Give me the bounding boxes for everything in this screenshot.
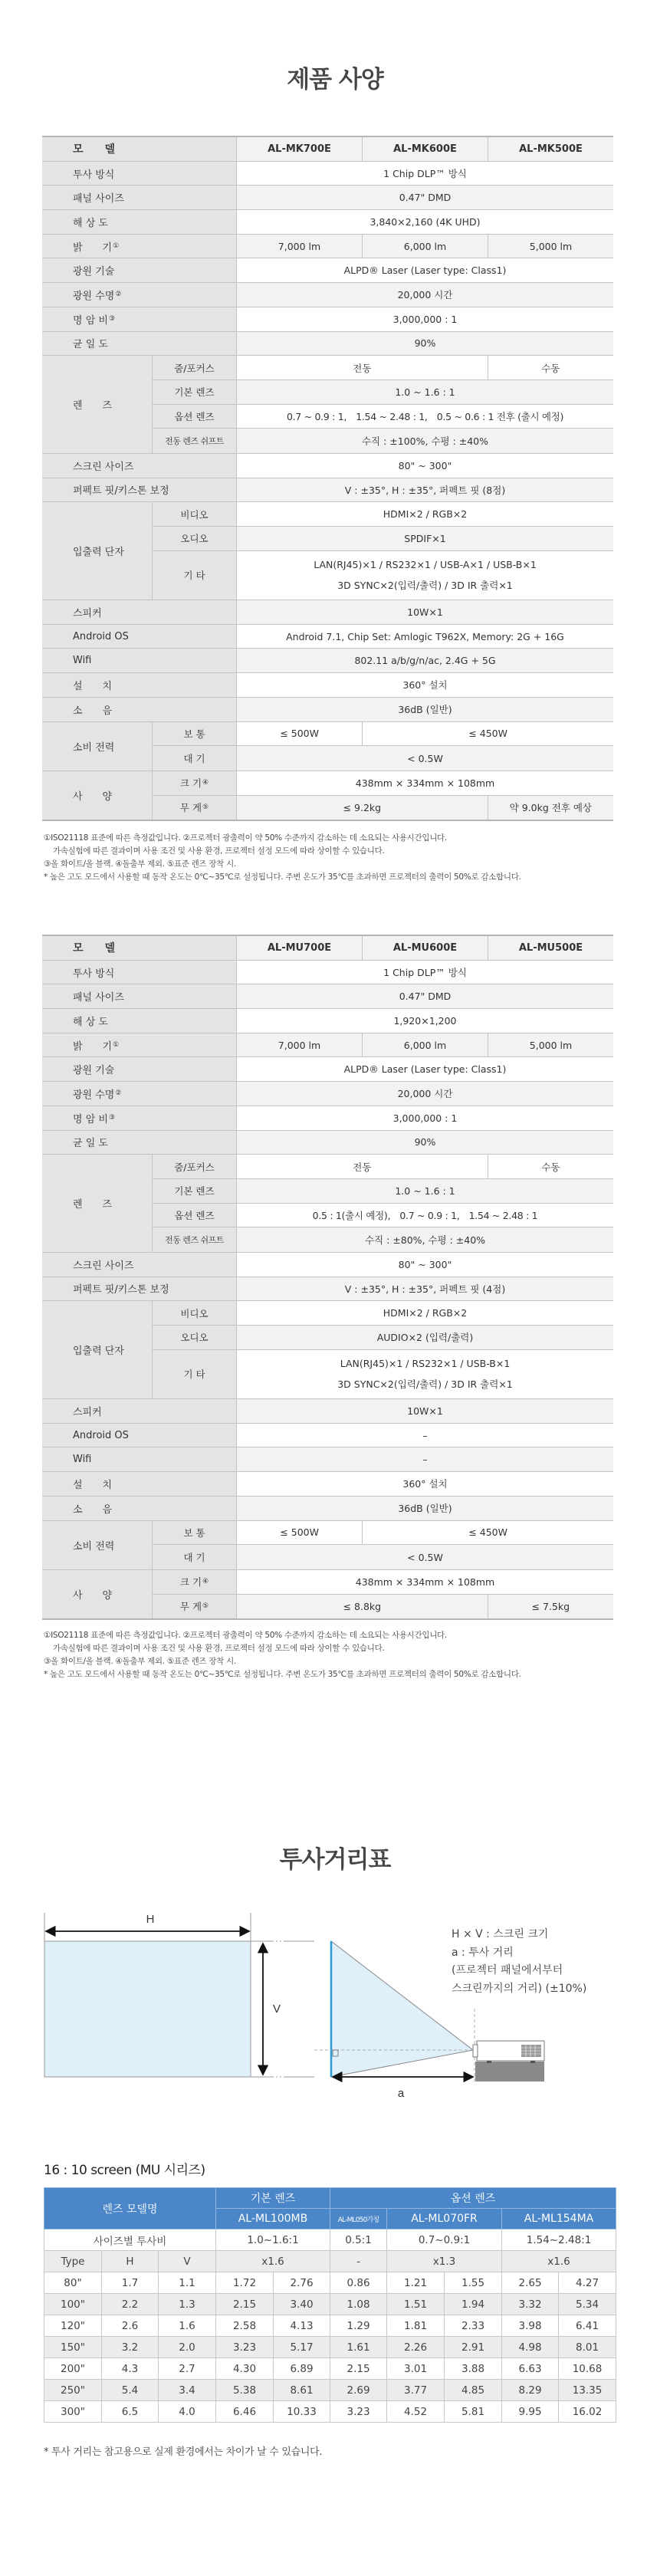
spec-value: 20,000 시간 bbox=[237, 1082, 613, 1106]
throw-value: 6.41 bbox=[559, 2315, 616, 2337]
throw-value: 5.81 bbox=[445, 2401, 502, 2423]
throw-value: 2.6 bbox=[102, 2315, 159, 2337]
spec-cell: 10W×1 bbox=[237, 600, 613, 624]
spec-label: 대 기 bbox=[153, 746, 237, 770]
throw-row: 100"2.21.32.153.401.081.511.943.325.34 bbox=[44, 2294, 616, 2315]
spec-cell: 20,000 시간 bbox=[237, 283, 613, 307]
spec-value: 20,000 시간 bbox=[237, 283, 613, 307]
throw-value: 2.76 bbox=[274, 2272, 330, 2294]
throw-title: 투사거리표 bbox=[0, 1840, 670, 1875]
screen-type: 100" bbox=[44, 2294, 102, 2315]
spec-label: 무 게⑤ bbox=[153, 1595, 237, 1619]
spec-cell: 3D SYNC×2(입력/출력) / 3D IR 출력×1 bbox=[337, 578, 513, 592]
spec-cell: AL-MU700E AL-MU600E AL-MU500E bbox=[237, 936, 613, 960]
spec-label: 기본 렌즈 bbox=[153, 1179, 237, 1203]
footnote: ③올 화이트/올 블랙. ④돌출부 제외. ⑤표준 렌즈 장착 시. bbox=[44, 858, 626, 871]
screen-type: 80" bbox=[44, 2272, 102, 2294]
spec-label: 줌/포커스 bbox=[153, 1155, 237, 1178]
spec-value: ≤ 450W bbox=[363, 722, 613, 746]
spec-cell: 크 기④438mm × 334mm × 108mm 무 게⑤≤ 8.8kg≤ 7… bbox=[153, 1570, 613, 1618]
spec-label: 입출력 단자 bbox=[42, 502, 153, 600]
spec-cell: 보 통≤ 500W≤ 450W 대 기< 0.5W bbox=[153, 1521, 613, 1569]
lens-group: 렌 즈 줌/포커스전동수동 기본 렌즈1.0 ~ 1.6 : 1 옵션 렌즈0.… bbox=[42, 1155, 613, 1253]
spec-cell: 360° 설치 bbox=[237, 673, 613, 697]
spec-cell: 크 기 bbox=[180, 776, 202, 790]
physical-group: 사 양 크 기④438mm × 334mm × 108mm 무 게⑤≤ 8.8k… bbox=[42, 1570, 613, 1618]
install-row: 설 치360° 설치 bbox=[42, 673, 613, 698]
spec-label: 패널 사이즈 bbox=[42, 984, 237, 1008]
uniformity-row: 균 일 도90% bbox=[42, 332, 613, 356]
resolution-row: 해 상 도1,920×1,200 bbox=[42, 1009, 613, 1033]
option-lens-header: 옵션 렌즈 bbox=[330, 2188, 616, 2209]
spec-cell: 802.11 a/b/g/n/ac, 2.4G + 5G bbox=[237, 649, 613, 672]
spec-label: 명 암 비③ bbox=[42, 1106, 237, 1130]
life-row: 광원 수명②20,000 시간 bbox=[42, 283, 613, 307]
lens-model: AL-ML154MA bbox=[502, 2209, 616, 2229]
spec-cell: LAN(RJ45)×1 / RS232×1 / USB-B×1 bbox=[340, 1358, 511, 1369]
spec-value: 360° 설치 bbox=[237, 673, 613, 697]
lens-model: AL-ML100MB bbox=[216, 2209, 330, 2229]
zoom-factor: x1.6 bbox=[216, 2251, 330, 2272]
spec-label: 스피커 bbox=[42, 600, 237, 624]
spec-cell: 보 통≤ 500W≤ 450W bbox=[153, 1521, 613, 1546]
spec-cell: V : ±35°, H : ±35°, 퍼펙트 핏 (4점) bbox=[237, 1277, 613, 1301]
wifi-row: Wifi802.11 a/b/g/n/ac, 2.4G + 5G bbox=[42, 649, 613, 673]
spec-cell: 무 게 bbox=[180, 800, 202, 814]
screen-rect bbox=[44, 1941, 251, 2077]
spec-cell: 크 기④438mm × 334mm × 108mm 무 게⑤≤ 9.2kg약 9… bbox=[153, 771, 613, 820]
spec-value: LAN(RJ45)×1 / RS232×1 / USB-A×1 / USB-B×… bbox=[237, 551, 613, 600]
model-row: 모 델 AL-MU700E AL-MU600E AL-MU500E bbox=[42, 936, 613, 961]
spec-cell: – bbox=[237, 1447, 613, 1471]
spec-cell: 옵션 렌즈0.7 ~ 0.9 : 1, 1.54 ~ 2.48 : 1, 0.5… bbox=[153, 405, 613, 429]
spec-cell: AUDIO×2 (입력/출력) bbox=[237, 1326, 613, 1349]
throw-value: 1.08 bbox=[330, 2294, 387, 2315]
spec-cell: V : ±35°, H : ±35°, 퍼펙트 핏 (8점) bbox=[237, 478, 613, 502]
panel-row: 패널 사이즈0.47" DMD bbox=[42, 984, 613, 1009]
spec-value: 전동 bbox=[237, 1155, 488, 1178]
physical-group: 사 양 크 기④438mm × 334mm × 108mm 무 게⑤≤ 9.2k… bbox=[42, 771, 613, 820]
spec-cell: 명 암 비 bbox=[73, 312, 108, 327]
model-name: AL-MK700E bbox=[237, 137, 363, 161]
spec-cell: 줌/포커스전동수동 bbox=[153, 1155, 613, 1179]
spec-value: 1 Chip DLP™ 방식 bbox=[237, 961, 613, 984]
throw-value: 1.61 bbox=[330, 2337, 387, 2358]
spec-cell: HDMI×2 / RGB×2 bbox=[237, 502, 613, 526]
spec-label: Wifi bbox=[42, 1447, 237, 1471]
throw-value: 3.77 bbox=[387, 2380, 445, 2401]
spec-label: Android OS bbox=[42, 625, 237, 649]
model-label: 모 델 bbox=[42, 936, 237, 960]
throw-value: 2.2 bbox=[102, 2294, 159, 2315]
throw-value: 3.01 bbox=[387, 2358, 445, 2380]
spec-cell: 3,000,000 : 1 bbox=[237, 307, 613, 331]
spec-cell: 수직 : ±100%, 수평 : ±40% bbox=[237, 429, 613, 453]
spec-value: < 0.5W bbox=[237, 746, 613, 770]
model-name: AL-MU700E bbox=[237, 936, 363, 960]
throw-value: 9.95 bbox=[502, 2401, 559, 2423]
spec-cell: 1.0 ~ 1.6 : 1 bbox=[237, 1179, 613, 1203]
spec-cell: 80" ~ 300" bbox=[237, 454, 613, 478]
throw-value: 1.29 bbox=[330, 2315, 387, 2337]
lens-model: AL-ML070FR bbox=[387, 2209, 502, 2229]
spec-cell: ≤ 500W≤ 450W bbox=[237, 722, 613, 746]
spec-value: 90% bbox=[237, 1131, 613, 1155]
spec-cell: 전동 렌즈 쉬프트수직 : ±100%, 수평 : ±40% bbox=[153, 429, 613, 453]
spec-label: 입출력 단자 bbox=[42, 1301, 153, 1398]
spec-label: 렌 즈 bbox=[42, 356, 153, 453]
spec-cell: 명 암 비 bbox=[73, 1111, 108, 1125]
spec-label: 해 상 도 bbox=[42, 1009, 237, 1033]
throw-value: 10.33 bbox=[274, 2401, 330, 2423]
throw-value: 3.88 bbox=[445, 2358, 502, 2380]
spec-value: 36dB (일반) bbox=[237, 1497, 613, 1520]
spec-value: 1,920×1,200 bbox=[237, 1009, 613, 1033]
spec-cell: 비디오HDMI×2 / RGB×2 bbox=[153, 1301, 613, 1326]
spec-cell: 줌/포커스전동수동 bbox=[153, 356, 613, 380]
spec-label: 퍼펙트 핏/키스톤 보정 bbox=[42, 1277, 237, 1301]
spec-value: – bbox=[237, 1424, 613, 1447]
spec-cell: 360° 설치 bbox=[237, 1472, 613, 1496]
spec-cell: 80" ~ 300" bbox=[237, 1253, 613, 1276]
spec-cell: 오디오AUDIO×2 (입력/출력) bbox=[153, 1326, 613, 1350]
panel-row: 패널 사이즈0.47" DMD bbox=[42, 186, 613, 210]
spec-value: – bbox=[237, 1447, 613, 1471]
spec-cell: 보 통≤ 500W≤ 450W 대 기< 0.5W bbox=[153, 722, 613, 770]
model-name: AL-MK600E bbox=[363, 137, 488, 161]
spec-cell: 0.47" DMD bbox=[237, 984, 613, 1008]
mk-footnotes: ①ISO21118 표준에 따른 측정값입니다. ②프로젝터 광출력이 약 50… bbox=[44, 832, 626, 884]
spec-value: 1.0 ~ 1.6 : 1 bbox=[237, 380, 613, 404]
spec-value: 438mm × 334mm × 108mm bbox=[237, 1570, 613, 1594]
throw-value: 3.23 bbox=[216, 2337, 274, 2358]
spec-label: 렌 즈 bbox=[42, 1155, 153, 1252]
footnote: 가속실험에 따른 결과이며 사용 조건 및 사용 환경, 프로젝터 설정 모드에… bbox=[44, 845, 626, 858]
spec-cell: 광원 수명 bbox=[73, 287, 114, 302]
throw-row: 300"6.54.06.4610.333.234.525.819.9516.02 bbox=[44, 2401, 616, 2423]
spec-cell: 기 타LAN(RJ45)×1 / RS232×1 / USB-A×1 / USB… bbox=[153, 551, 613, 600]
ratio: 1.0~1.6:1 bbox=[216, 2229, 330, 2251]
throw-value: 10.68 bbox=[559, 2358, 616, 2380]
throw-value: 4.52 bbox=[387, 2401, 445, 2423]
spec-label: 광원 수명② bbox=[42, 1082, 237, 1106]
spec-label: 오디오 bbox=[153, 1326, 237, 1349]
footnote-marker: ⑤ bbox=[202, 803, 209, 811]
model-row: 모 델 AL-MK700E AL-MK600E AL-MK500E bbox=[42, 137, 613, 162]
projection-row: 투사 방식1 Chip DLP™ 방식 bbox=[42, 162, 613, 186]
throw-value: 4.27 bbox=[559, 2272, 616, 2294]
spec-value: HDMI×2 / RGB×2 bbox=[237, 1301, 613, 1325]
footnote-marker: ② bbox=[115, 291, 121, 298]
throw-value: 2.91 bbox=[445, 2337, 502, 2358]
footnote: ①ISO21118 표준에 따른 측정값입니다. ②프로젝터 광출력이 약 50… bbox=[44, 1629, 626, 1642]
contrast-row: 명 암 비③3,000,000 : 1 bbox=[42, 307, 613, 332]
io-group: 입출력 단자 비디오HDMI×2 / RGB×2 오디오SPDIF×1 기 타L… bbox=[42, 502, 613, 600]
spec-value: 0.47" DMD bbox=[237, 984, 613, 1008]
spec-value: 10W×1 bbox=[237, 1399, 613, 1423]
spec-cell: 무 게⑤≤ 8.8kg≤ 7.5kg bbox=[153, 1595, 613, 1619]
spec-value: ≤ 7.5kg bbox=[488, 1595, 613, 1619]
footnote: * 높은 고도 모드에서 사용할 때 동작 온도는 0℃~35℃로 설정됩니다.… bbox=[44, 871, 626, 884]
android-row: Android OSAndroid 7.1, Chip Set: Amlogic… bbox=[42, 625, 613, 649]
spec-cell: ≤ 500W≤ 450W bbox=[237, 1521, 613, 1545]
spec-cell: 36dB (일반) bbox=[237, 1497, 613, 1520]
spec-value: V : ±35°, H : ±35°, 퍼펙트 핏 (8점) bbox=[237, 478, 613, 502]
h-label: H bbox=[146, 1913, 155, 1926]
spec-cell: < 0.5W bbox=[237, 1545, 613, 1569]
zoom-factor: x1.3 bbox=[387, 2251, 502, 2272]
ratio: 0.5:1 bbox=[330, 2229, 387, 2251]
life-row: 광원 수명②20,000 시간 bbox=[42, 1082, 613, 1106]
spec-value: 1.0 ~ 1.6 : 1 bbox=[237, 1179, 613, 1203]
spec-label: 소비 전력 bbox=[42, 1521, 153, 1569]
throw-value: 2.26 bbox=[387, 2337, 445, 2358]
throw-value: 2.58 bbox=[216, 2315, 274, 2337]
throw-value: 4.85 bbox=[445, 2380, 502, 2401]
android-row: Android OS– bbox=[42, 1424, 613, 1448]
power-group: 소비 전력 보 통≤ 500W≤ 450W 대 기< 0.5W bbox=[42, 1521, 613, 1570]
throw-value: 6.89 bbox=[274, 2358, 330, 2380]
spec-cell: 대 기< 0.5W bbox=[153, 746, 613, 770]
throw-value: 1.72 bbox=[216, 2272, 274, 2294]
spec-cell: 10W×1 bbox=[237, 1399, 613, 1423]
spec-value: 수동 bbox=[488, 1155, 613, 1178]
spec-cell: 3,840×2,160 (4K UHD) bbox=[237, 210, 613, 234]
v-label: V bbox=[273, 2003, 281, 2016]
spec-value: 수동 bbox=[488, 356, 613, 379]
spec-label: 크 기④ bbox=[153, 1570, 237, 1594]
spec-cell: 7,000 lm6,000 lm5,000 lm bbox=[237, 235, 613, 258]
throw-row: 120"2.61.62.584.131.291.812.333.986.41 bbox=[44, 2315, 616, 2337]
spec-label: Wifi bbox=[42, 649, 237, 672]
spec-value: 5,000 lm bbox=[488, 235, 613, 258]
spec-cell: 옵션 렌즈0.5 : 1(출시 예정), 0.7 ~ 0.9 : 1, 1.54… bbox=[153, 1204, 613, 1228]
spec-value: AUDIO×2 (입력/출력) bbox=[237, 1326, 613, 1349]
spec-label: 소 음 bbox=[42, 698, 237, 721]
spec-cell: 보 통≤ 500W≤ 450W bbox=[153, 722, 613, 747]
spec-cell: 줌/포커스전동수동 기본 렌즈1.0 ~ 1.6 : 1 옵션 렌즈0.5 : … bbox=[153, 1155, 613, 1252]
throw-value: 4.13 bbox=[274, 2315, 330, 2337]
spec-cell: LAN(RJ45)×1 / RS232×1 / USB-A×1 / USB-B×… bbox=[314, 559, 537, 570]
throw-row: 200"4.32.74.306.892.153.013.886.6310.68 bbox=[44, 2358, 616, 2380]
spec-cell: 기 타LAN(RJ45)×1 / RS232×1 / USB-B×13D SYN… bbox=[153, 1350, 613, 1398]
spec-label: 균 일 도 bbox=[42, 332, 237, 356]
contrast-row: 명 암 비③3,000,000 : 1 bbox=[42, 1106, 613, 1131]
a-label: a bbox=[398, 2087, 405, 2100]
spec-cell: 기본 렌즈1.0 ~ 1.6 : 1 bbox=[153, 1179, 613, 1204]
spec-cell: AL-MK700E AL-MK600E AL-MK500E bbox=[237, 137, 613, 161]
throw-row: 250"5.43.45.388.612.693.774.858.2913.35 bbox=[44, 2380, 616, 2401]
spec-label: 스크린 사이즈 bbox=[42, 454, 237, 478]
install-row: 설 치360° 설치 bbox=[42, 1472, 613, 1497]
spec-value: 10W×1 bbox=[237, 600, 613, 624]
spec-cell: ALPD® Laser (Laser type: Class1) bbox=[237, 258, 613, 282]
throw-value: 8.29 bbox=[502, 2380, 559, 2401]
spec-value: 5,000 lm bbox=[488, 1033, 613, 1057]
noise-row: 소 음36dB (일반) bbox=[42, 1497, 613, 1521]
spec-value: V : ±35°, H : ±35°, 퍼펙트 핏 (4점) bbox=[237, 1277, 613, 1301]
lens-model: AL-ML050가칭 bbox=[330, 2209, 387, 2229]
spec-label: 명 암 비③ bbox=[42, 307, 237, 331]
light-tech-row: 광원 기술ALPD® Laser (Laser type: Class1) bbox=[42, 258, 613, 283]
spec-label: 크 기④ bbox=[153, 771, 237, 795]
basic-lens-header: 기본 렌즈 bbox=[216, 2188, 330, 2209]
throw-value: 3.40 bbox=[274, 2294, 330, 2315]
spec-value: 전동 bbox=[237, 356, 488, 379]
spec-label: 비디오 bbox=[153, 1301, 237, 1325]
mu-spec-table: 모 델 AL-MU700E AL-MU600E AL-MU500E 투사 방식1… bbox=[42, 935, 613, 1620]
spec-cell: 크 기④438mm × 334mm × 108mm bbox=[153, 771, 613, 796]
spec-value: 80" ~ 300" bbox=[237, 1253, 613, 1276]
speaker-row: 스피커10W×1 bbox=[42, 600, 613, 625]
ratio-label: 사이즈별 투사비 bbox=[44, 2229, 216, 2251]
ratio: 0.7~0.9:1 bbox=[387, 2229, 502, 2251]
spec-value: 수직 : ±100%, 수평 : ±40% bbox=[237, 429, 613, 453]
spec-cell: HDMI×2 / RGB×2 bbox=[237, 1301, 613, 1325]
spec-value: ≤ 500W bbox=[237, 1521, 363, 1545]
throw-value: 3.4 bbox=[159, 2380, 216, 2401]
spec-value: ALPD® Laser (Laser type: Class1) bbox=[237, 1057, 613, 1081]
spec-cell: 밝 기 bbox=[73, 1038, 112, 1053]
spec-label: 설 치 bbox=[42, 1472, 237, 1496]
spec-label: 퍼펙트 핏/키스톤 보정 bbox=[42, 478, 237, 502]
footnote: * 높은 고도 모드에서 사용할 때 동작 온도는 0℃~35℃로 설정됩니다.… bbox=[44, 1668, 626, 1681]
spec-cell: ≤ 8.8kg≤ 7.5kg bbox=[237, 1595, 613, 1619]
footnote-marker: ③ bbox=[109, 315, 115, 323]
screen-type: 300" bbox=[44, 2401, 102, 2423]
spec-cell: 전동수동 bbox=[237, 356, 613, 379]
spec-cell: 20,000 시간 bbox=[237, 1082, 613, 1106]
spec-label: 균 일 도 bbox=[42, 1131, 237, 1155]
spec-cell: ≤ 9.2kg약 9.0kg 전후 예상 bbox=[237, 796, 613, 820]
type-header: Type bbox=[44, 2251, 102, 2272]
spec-value: 0.47" DMD bbox=[237, 186, 613, 209]
spec-cell: 크 기 bbox=[180, 1575, 202, 1589]
spec-cell: 438mm × 334mm × 108mm bbox=[237, 1570, 613, 1594]
spec-label: 패널 사이즈 bbox=[42, 186, 237, 209]
throw-value: 2.0 bbox=[159, 2337, 216, 2358]
spec-cell: 전동 렌즈 쉬프트수직 : ±80%, 수평 : ±40% bbox=[153, 1227, 613, 1252]
spec-cell: < 0.5W bbox=[237, 746, 613, 770]
spec-cell: 기본 렌즈1.0 ~ 1.6 : 1 bbox=[153, 380, 613, 405]
footnote-marker: ⑤ bbox=[202, 1602, 209, 1610]
throw-value: 3.23 bbox=[330, 2401, 387, 2423]
throw-value: 6.46 bbox=[216, 2401, 274, 2423]
spec-cell: 1,920×1,200 bbox=[237, 1009, 613, 1033]
spec-cell: 438mm × 334mm × 108mm bbox=[237, 771, 613, 795]
spec-value: 3,000,000 : 1 bbox=[237, 1106, 613, 1130]
spec-cell: 3,000,000 : 1 bbox=[237, 1106, 613, 1130]
throw-value: 16.02 bbox=[559, 2401, 616, 2423]
footnote-marker: ④ bbox=[202, 1578, 209, 1585]
wifi-row: Wifi– bbox=[42, 1447, 613, 1472]
throw-value: 5.4 bbox=[102, 2380, 159, 2401]
throw-note: * 투사 거리는 참고용으로 실제 환경에서는 차이가 날 수 있습니다. bbox=[44, 2443, 322, 2458]
throw-value: 2.33 bbox=[445, 2315, 502, 2337]
spec-label: 무 게⑤ bbox=[153, 796, 237, 820]
spec-label: 대 기 bbox=[153, 1545, 237, 1569]
spec-cell: 오디오SPDIF×1 bbox=[153, 527, 613, 551]
spec-value: 0.5 : 1(출시 예정), 0.7 ~ 0.9 : 1, 1.54 ~ 2.… bbox=[237, 1204, 613, 1227]
throw-value: 3.2 bbox=[102, 2337, 159, 2358]
spec-label: 비디오 bbox=[153, 502, 237, 526]
throw-value: 2.7 bbox=[159, 2358, 216, 2380]
brightness-row: 밝 기①7,000 lm6,000 lm5,000 lm bbox=[42, 1033, 613, 1058]
spec-value: 360° 설치 bbox=[237, 1472, 613, 1496]
mu-footnotes: ①ISO21118 표준에 따른 측정값입니다. ②프로젝터 광출력이 약 50… bbox=[44, 1629, 626, 1681]
spec-value: 36dB (일반) bbox=[237, 698, 613, 721]
spec-label: 옵션 렌즈 bbox=[153, 1204, 237, 1227]
spec-label: 전동 렌즈 쉬프트 bbox=[153, 1227, 237, 1252]
footnote-marker: ③ bbox=[109, 1114, 115, 1122]
footnote: 가속실험에 따른 결과이며 사용 조건 및 사용 환경, 프로젝터 설정 모드에… bbox=[44, 1642, 626, 1655]
throw-value: 8.61 bbox=[274, 2380, 330, 2401]
spec-value: ≤ 450W bbox=[363, 1521, 613, 1545]
spec-title: 제품 사양 bbox=[0, 60, 670, 94]
throw-value: 2.15 bbox=[216, 2294, 274, 2315]
spec-value: 0.7 ~ 0.9 : 1, 1.54 ~ 2.48 : 1, 0.5 ~ 0.… bbox=[237, 405, 613, 429]
footnote: ①ISO21118 표준에 따른 측정값입니다. ②프로젝터 광출력이 약 50… bbox=[44, 832, 626, 845]
throw-row: 80"1.71.11.722.760.861.211.552.654.27 bbox=[44, 2272, 616, 2294]
throw-value: 1.6 bbox=[159, 2315, 216, 2337]
throw-value: 13.35 bbox=[559, 2380, 616, 2401]
spec-value: 6,000 lm bbox=[363, 1033, 488, 1057]
spec-value: 438mm × 334mm × 108mm bbox=[237, 771, 613, 795]
spec-value: ≤ 8.8kg bbox=[237, 1595, 488, 1619]
spec-value: < 0.5W bbox=[237, 1545, 613, 1569]
spec-label: 보 통 bbox=[153, 722, 237, 746]
throw-table: 렌즈 모델명 기본 렌즈 옵션 렌즈 AL-ML100MB AL-ML050가칭… bbox=[44, 2187, 616, 2423]
spec-label: 스크린 사이즈 bbox=[42, 1253, 237, 1276]
spec-label: 보 통 bbox=[153, 1521, 237, 1545]
spec-value: 7,000 lm bbox=[237, 235, 363, 258]
spec-label: 줌/포커스 bbox=[153, 356, 237, 379]
spec-value: HDMI×2 / RGB×2 bbox=[237, 502, 613, 526]
throw-value: 0.86 bbox=[330, 2272, 387, 2294]
projector-icon bbox=[473, 2041, 544, 2081]
spec-cell: 비디오HDMI×2 / RGB×2 오디오AUDIO×2 (입력/출력) 기 타… bbox=[153, 1301, 613, 1398]
speaker-row: 스피커10W×1 bbox=[42, 1399, 613, 1424]
lens-group: 렌 즈 줌/포커스전동수동 기본 렌즈1.0 ~ 1.6 : 1 옵션 렌즈0.… bbox=[42, 356, 613, 454]
throw-value: 2.69 bbox=[330, 2380, 387, 2401]
throw-value: 1.51 bbox=[387, 2294, 445, 2315]
spec-label: 광원 수명② bbox=[42, 283, 237, 307]
footnote-marker: ① bbox=[113, 1041, 119, 1049]
lens-model-header: 렌즈 모델명 bbox=[44, 2188, 216, 2229]
throw-value: 3.98 bbox=[502, 2315, 559, 2337]
throw-value: 1.55 bbox=[445, 2272, 502, 2294]
mk-spec-table: 모 델 AL-MK700E AL-MK600E AL-MK500E 투사 방식1… bbox=[42, 136, 613, 821]
spec-label: 전동 렌즈 쉬프트 bbox=[153, 429, 237, 453]
spec-cell: ALPD® Laser (Laser type: Class1) bbox=[237, 1057, 613, 1081]
spec-cell: 3D SYNC×2(입력/출력) / 3D IR 출력×1 bbox=[337, 1377, 513, 1391]
throw-value: 5.34 bbox=[559, 2294, 616, 2315]
spec-cell: 비디오HDMI×2 / RGB×2 bbox=[153, 502, 613, 527]
spec-label: Android OS bbox=[42, 1424, 237, 1447]
noise-row: 소 음36dB (일반) bbox=[42, 698, 613, 722]
screen-type: 150" bbox=[44, 2337, 102, 2358]
zoom-factor: x1.6 bbox=[502, 2251, 616, 2272]
spec-label: 기 타 bbox=[153, 1350, 237, 1398]
resolution-row: 해 상 도3,840×2,160 (4K UHD) bbox=[42, 210, 613, 235]
spec-cell: 크 기④438mm × 334mm × 108mm bbox=[153, 1570, 613, 1595]
zoom-factor: - bbox=[330, 2251, 387, 2272]
throw-value: 1.81 bbox=[387, 2315, 445, 2337]
projection-row: 투사 방식1 Chip DLP™ 방식 bbox=[42, 961, 613, 985]
spec-cell: LAN(RJ45)×1 / RS232×1 / USB-B×13D SYNC×2… bbox=[237, 1350, 613, 1398]
spec-value: ≤ 500W bbox=[237, 722, 363, 746]
throw-value: 1.21 bbox=[387, 2272, 445, 2294]
